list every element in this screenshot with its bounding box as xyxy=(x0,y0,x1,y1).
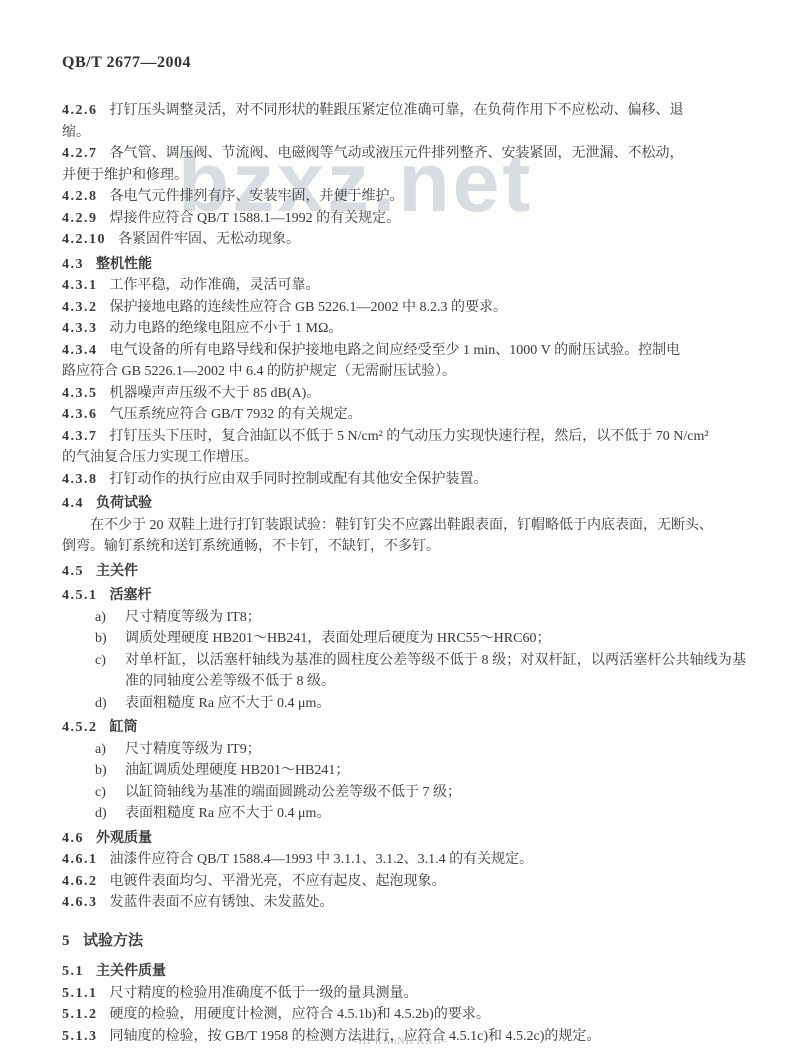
list-item-label: b) xyxy=(95,628,125,650)
document-line: 5.1.2硬度的检验，用硬度计检测，应符合 4.5.1b)和 4.5.2b)的要… xyxy=(62,1004,746,1026)
clause-text: 缩。 xyxy=(62,125,90,140)
clause-text: 路应符合 GB 5226.1—2002 中 6.4 的防护规定（无需耐压试验）。 xyxy=(62,364,456,379)
document-line: 4.2.10各紧固件牢固、无松动现象。 xyxy=(62,229,746,251)
document-line: 4.3.3动力电路的绝缘电阻应不小于 1 MΩ。 xyxy=(62,318,746,340)
clause-number: 4.3.8 xyxy=(62,472,98,487)
clause-text: 油漆件应符合 QB/T 1588.4—1993 中 3.1.1、3.1.2、3.… xyxy=(110,852,534,867)
document-line: 5.1.1尺寸精度的检验用准确度不低于一级的量具测量。 xyxy=(62,983,746,1005)
clause-number: 4.2.10 xyxy=(62,232,106,247)
document-line: d)表面粗糙度 Ra 应不大于 0.4 μm。 xyxy=(62,803,746,825)
clause-text: 负荷试验 xyxy=(96,496,152,511)
clause-text: 倒弯。输钉系统和送钉系统通畅，不卡钉，不缺钉，不多钉。 xyxy=(62,539,440,554)
clause-text: 主关件 xyxy=(96,564,138,579)
clause-number: 4.2.7 xyxy=(62,146,98,161)
document-line: 4.6外观质量 xyxy=(62,828,746,850)
document-line: 4.3整机性能 xyxy=(62,254,746,276)
clause-number: 4.3.6 xyxy=(62,407,98,422)
clause-number: 4.3.7 xyxy=(62,429,98,444)
list-item-label: d) xyxy=(95,693,125,715)
clause-text: 打钉压头调整灵活，对不同形状的鞋跟压紧定位准确可靠，在负荷作用下不应松动、偏移、… xyxy=(110,103,684,118)
document-line: 4.6.2电镀件表面均匀、平滑光亮，不应有起皮、起泡现象。 xyxy=(62,871,746,893)
clause-number: 4.6.2 xyxy=(62,874,98,889)
list-item-label: b) xyxy=(95,760,125,782)
clause-text: 以缸筒轴线为基准的端面圆跳动公差等级不低于 7 级； xyxy=(125,782,746,804)
document-line: 在不少于 20 双鞋上进行打钉装跟试验：鞋钉钉尖不应露出鞋跟表面，钉帽略低于内底… xyxy=(62,515,746,537)
document-line: 4.6.3发蓝件表面不应有锈蚀、未发蓝处。 xyxy=(62,892,746,914)
clause-text: 的气油复合压力实现工作增压。 xyxy=(62,450,258,465)
clause-number: 4.6.1 xyxy=(62,852,98,867)
clause-text: 外观质量 xyxy=(96,831,152,846)
clause-text: 保护接地电路的连续性应符合 GB 5226.1—2002 中 8.2.3 的要求… xyxy=(110,300,507,315)
document-line: 4.2.9焊接件应符合 QB/T 1588.1—1992 的有关规定。 xyxy=(62,208,746,230)
clause-text: 气压系统应符合 GB/T 7932 的有关规定。 xyxy=(110,407,362,422)
list-item-label: a) xyxy=(95,607,125,629)
document-line: 4.3.5机器噪声声压级不大于 85 dB(A)。 xyxy=(62,383,746,405)
document-line: b)调质处理硬度 HB201～HB241，表面处理后硬度为 HRC55～HRC6… xyxy=(62,628,746,650)
clause-number: 5.1.3 xyxy=(62,1029,98,1044)
clause-number: 4.2.8 xyxy=(62,189,98,204)
clause-text: 各气管、调压阀、节流阀、电磁阀等气动或液压元件排列整齐、安装紧固，无泄漏、不松动… xyxy=(110,146,684,161)
clause-text: 在不少于 20 双鞋上进行打钉装跟试验：鞋钉钉尖不应露出鞋跟表面，钉帽略低于内底… xyxy=(62,515,746,537)
clause-text: 电气设备的所有电路导线和保护接地电路之间应经受至少 1 min、1000 V 的… xyxy=(110,343,681,358)
document-line: 的气油复合压力实现工作增压。 xyxy=(62,447,746,469)
document-line: 4.6.1油漆件应符合 QB/T 1588.4—1993 中 3.1.1、3.1… xyxy=(62,849,746,871)
document-line: 4.3.1工作平稳，动作准确，灵活可靠。 xyxy=(62,275,746,297)
clause-number: 4.3.1 xyxy=(62,278,98,293)
document-line: 路应符合 GB 5226.1—2002 中 6.4 的防护规定（无需耐压试验）。 xyxy=(62,361,746,383)
clause-number: 4.3.3 xyxy=(62,321,98,336)
list-item-label: c) xyxy=(95,782,125,804)
document-line: b)油缸调质处理硬度 HB201～HB241； xyxy=(62,760,746,782)
clause-number: 4.5.2 xyxy=(62,720,98,735)
document-line: 5.1.3同轴度的检验，按 GB/T 1958 的检测方法进行，应符合 4.5.… xyxy=(62,1026,746,1048)
clause-number: 5.1.2 xyxy=(62,1007,98,1022)
clause-number: 4.3.5 xyxy=(62,386,98,401)
clause-text: 整机性能 xyxy=(96,257,152,272)
clause-number: 4.3 xyxy=(62,257,84,272)
clause-text: 表面粗糙度 Ra 应不大于 0.4 μm。 xyxy=(125,693,746,715)
clause-number: 4.5 xyxy=(62,564,84,579)
list-item-label: c) xyxy=(95,650,125,693)
clause-number: 4.2.6 xyxy=(62,103,98,118)
clause-number: 4.6.3 xyxy=(62,895,98,910)
clause-text: 尺寸精度等级为 IT8； xyxy=(125,607,746,629)
document-line: c)对单杆缸，以活塞杆轴线为基准的圆柱度公差等级不低于 8 级；对双杆缸，以两活… xyxy=(62,650,746,693)
clause-text: 发蓝件表面不应有锈蚀、未发蓝处。 xyxy=(110,895,334,910)
standard-number-header: QB/T 2677—2004 xyxy=(62,54,191,72)
clause-number: 5.1.1 xyxy=(62,986,98,1001)
clause-text: 调质处理硬度 HB201～HB241，表面处理后硬度为 HRC55～HRC60； xyxy=(125,628,746,650)
clause-text: 尺寸精度的检验用准确度不低于一级的量具测量。 xyxy=(110,986,418,1001)
clause-text: 动力电路的绝缘电阻应不小于 1 MΩ。 xyxy=(110,321,343,336)
document-line: 4.4负荷试验 xyxy=(62,493,746,515)
document-line: 4.3.6气压系统应符合 GB/T 7932 的有关规定。 xyxy=(62,404,746,426)
document-line: 4.3.8打钉动作的执行应由双手同时控制或配有其他安全保护装置。 xyxy=(62,469,746,491)
clause-text: 打钉压头下压时，复合油缸以不低于 5 N/cm² 的气动压力实现快速行程，然后，… xyxy=(110,429,709,444)
document-line: 4.5.2缸筒 xyxy=(62,717,746,739)
document-line: d)表面粗糙度 Ra 应不大于 0.4 μm。 xyxy=(62,693,746,715)
clause-text: 各紧固件牢固、无松动现象。 xyxy=(118,232,300,247)
document-line: 4.5主关件 xyxy=(62,561,746,583)
clause-text: 主关件质量 xyxy=(96,964,166,979)
list-item-label: a) xyxy=(95,739,125,761)
document-line: 4.2.6打钉压头调整灵活，对不同形状的鞋跟压紧定位准确可靠，在负荷作用下不应松… xyxy=(62,100,746,122)
clause-number: 5 xyxy=(62,933,71,949)
clause-number: 4.3.4 xyxy=(62,343,98,358)
clause-number: 4.6 xyxy=(62,831,84,846)
document-line: 4.3.2保护接地电路的连续性应符合 GB 5226.1—2002 中 8.2.… xyxy=(62,297,746,319)
clause-text: 试验方法 xyxy=(83,933,143,949)
clause-text: 机器噪声声压级不大于 85 dB(A)。 xyxy=(110,386,321,401)
clause-number: 4.2.9 xyxy=(62,211,98,226)
clause-text: 并便于维护和修理。 xyxy=(62,168,188,183)
document-line: 并便于维护和修理。 xyxy=(62,165,746,187)
document-line: 4.2.7各气管、调压阀、节流阀、电磁阀等气动或液压元件排列整齐、安装紧固，无泄… xyxy=(62,143,746,165)
document-line: c)以缸筒轴线为基准的端面圆跳动公差等级不低于 7 级； xyxy=(62,782,746,804)
document-line: 5试验方法 xyxy=(62,931,746,953)
clause-number: 4.3.2 xyxy=(62,300,98,315)
document-line: a)尺寸精度等级为 IT8； xyxy=(62,607,746,629)
clause-text: 硬度的检验，用硬度计检测，应符合 4.5.1b)和 4.5.2b)的要求。 xyxy=(110,1007,490,1022)
clause-text: 焊接件应符合 QB/T 1588.1—1992 的有关规定。 xyxy=(110,211,401,226)
clause-text: 电镀件表面均匀、平滑光亮，不应有起皮、起泡现象。 xyxy=(110,874,446,889)
clause-text: 同轴度的检验，按 GB/T 1958 的检测方法进行，应符合 4.5.1c)和 … xyxy=(110,1029,601,1044)
list-item-label: d) xyxy=(95,803,125,825)
document-line: a)尺寸精度等级为 IT9； xyxy=(62,739,746,761)
clause-text: 活塞杆 xyxy=(110,588,152,603)
clause-text: 各电气元件排列有序、安装牢固，并便于维护。 xyxy=(110,189,404,204)
clause-number: 4.5.1 xyxy=(62,588,98,603)
document-line: 4.3.7打钉压头下压时，复合油缸以不低于 5 N/cm² 的气动压力实现快速行… xyxy=(62,426,746,448)
document-body: 4.2.6打钉压头调整灵活，对不同形状的鞋跟压紧定位准确可靠，在负荷作用下不应松… xyxy=(62,100,746,1047)
document-line: 倒弯。输钉系统和送钉系统通畅，不卡钉，不缺钉，不多钉。 xyxy=(62,536,746,558)
document-line: 4.3.4电气设备的所有电路导线和保护接地电路之间应经受至少 1 min、100… xyxy=(62,340,746,362)
clause-text: 对单杆缸，以活塞杆轴线为基准的圆柱度公差等级不低于 8 级；对双杆缸，以两活塞杆… xyxy=(125,650,746,693)
clause-text: 尺寸精度等级为 IT9； xyxy=(125,739,746,761)
clause-text: 工作平稳，动作准确，灵活可靠。 xyxy=(110,278,320,293)
clause-number: 5.1 xyxy=(62,964,84,979)
scanned-standard-page: bzxz.net QB/T 2677—2004 4.2.6打钉压头调整灵活，对不… xyxy=(0,0,800,1058)
document-line: 5.1主关件质量 xyxy=(62,961,746,983)
document-line: 4.5.1活塞杆 xyxy=(62,585,746,607)
document-line: 4.2.8各电气元件排列有序、安装牢固，并便于维护。 xyxy=(62,186,746,208)
clause-text: 表面粗糙度 Ra 应不大于 0.4 μm。 xyxy=(125,803,746,825)
clause-text: 油缸调质处理硬度 HB201～HB241； xyxy=(125,760,746,782)
clause-number: 4.4 xyxy=(62,496,84,511)
clause-text: 打钉动作的执行应由双手同时控制或配有其他安全保护装置。 xyxy=(110,472,488,487)
clause-text: 缸筒 xyxy=(110,720,138,735)
document-line: 缩。 xyxy=(62,122,746,144)
